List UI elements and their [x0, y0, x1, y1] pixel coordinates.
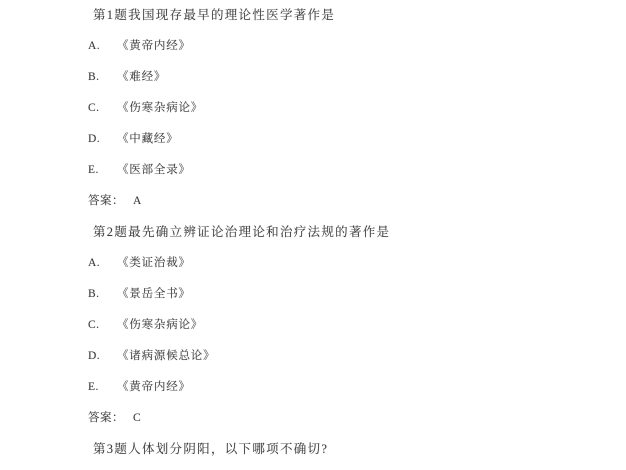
option-row: B. 《难经》 [88, 71, 606, 84]
option-text: 《医部全录》 [117, 164, 191, 177]
option-letter: D. [88, 133, 117, 146]
question-block-2: 第2题最先确立辨证论治理论和治疗法规的著作是 A. 《类证治裁》 B. 《景岳全… [88, 226, 606, 425]
option-text: 《伤寒杂病论》 [117, 102, 203, 115]
answer-line: 答案：C [88, 412, 606, 425]
option-row: E. 《黄帝内经》 [88, 381, 606, 394]
option-row: E. 《医部全录》 [88, 164, 606, 177]
option-text: 《黄帝内经》 [117, 381, 191, 394]
option-letter: B. [88, 71, 117, 84]
option-letter: C. [88, 319, 117, 332]
option-text: 《难经》 [117, 71, 166, 84]
question-title: 第2题最先确立辨证论治理论和治疗法规的著作是 [88, 226, 606, 239]
option-text: 《伤寒杂病论》 [117, 319, 203, 332]
option-row: C. 《伤寒杂病论》 [88, 102, 606, 115]
answer-value: C [133, 412, 141, 424]
answer-line: 答案：A [88, 195, 606, 208]
answer-label: 答案： [88, 412, 124, 424]
option-row: A. 《黄帝内经》 [88, 40, 606, 53]
option-text: 《中藏经》 [117, 133, 179, 146]
option-row: C. 《伤寒杂病论》 [88, 319, 606, 332]
document-page: 第1题我国现存最早的理论性医学著作是 A. 《黄帝内经》 B. 《难经》 C. … [0, 0, 626, 470]
option-row: D. 《中藏经》 [88, 133, 606, 146]
answer-value: A [133, 195, 142, 207]
option-letter: B. [88, 288, 117, 301]
option-text: 《诸病源候总论》 [117, 350, 215, 363]
option-letter: E. [88, 164, 117, 177]
option-letter: A. [88, 40, 117, 53]
option-letter: E. [88, 381, 117, 394]
question-block-3: 第3题人体划分阴阳，以下哪项不确切? [88, 443, 606, 456]
question-title: 第1题我国现存最早的理论性医学著作是 [88, 9, 606, 22]
option-letter: D. [88, 350, 117, 363]
quiz-content: 第1题我国现存最早的理论性医学著作是 A. 《黄帝内经》 B. 《难经》 C. … [0, 0, 626, 456]
option-row: D. 《诸病源候总论》 [88, 350, 606, 363]
answer-label: 答案： [88, 195, 124, 207]
option-text: 《黄帝内经》 [117, 40, 191, 53]
question-block-1: 第1题我国现存最早的理论性医学著作是 A. 《黄帝内经》 B. 《难经》 C. … [88, 9, 606, 208]
option-text: 《景岳全书》 [117, 288, 191, 301]
option-letter: C. [88, 102, 117, 115]
option-text: 《类证治裁》 [117, 257, 191, 270]
question-title: 第3题人体划分阴阳，以下哪项不确切? [88, 443, 606, 456]
option-row: B. 《景岳全书》 [88, 288, 606, 301]
option-row: A. 《类证治裁》 [88, 257, 606, 270]
option-letter: A. [88, 257, 117, 270]
